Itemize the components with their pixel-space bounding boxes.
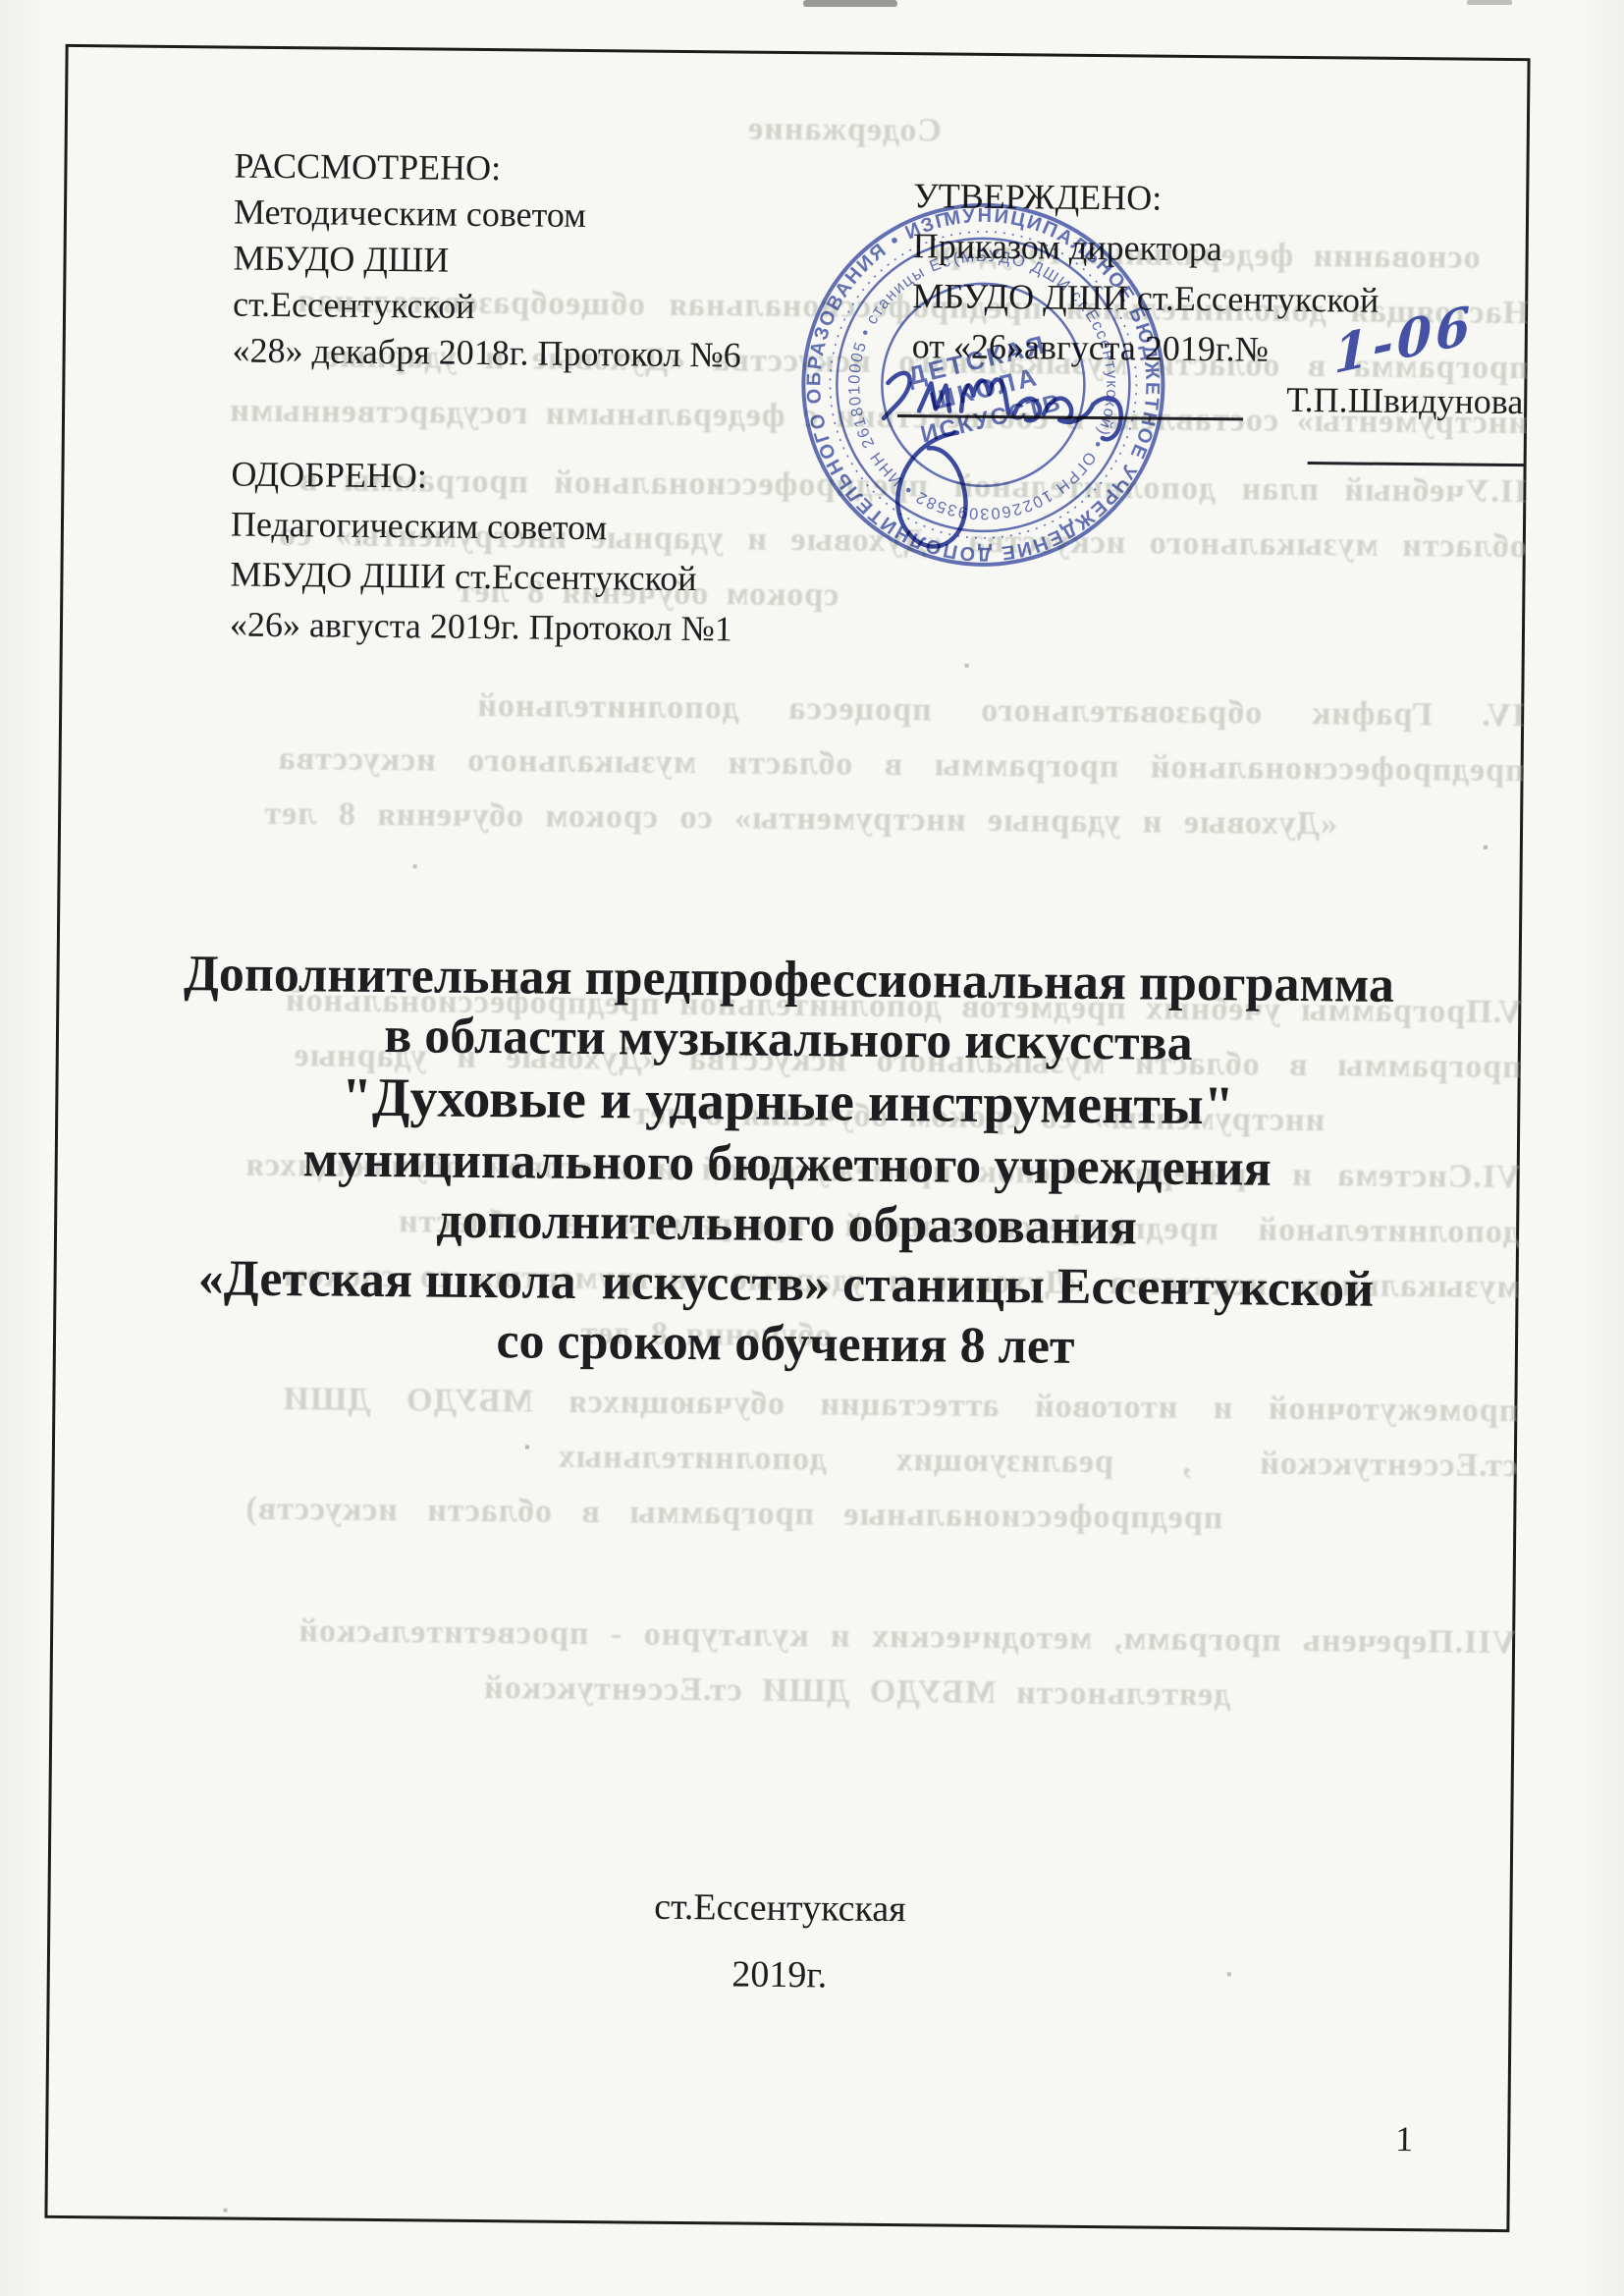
ghost-text-line: деятельности МБУДО ДШИ ст.Ессентукской xyxy=(248,1667,1230,1714)
text-line: «26» августа 2019г. Протокол №1 xyxy=(230,600,732,655)
text-line: ст.Ессентукской xyxy=(233,282,742,333)
ghost-text-line: предпрофессиональной программы в области… xyxy=(150,739,1525,790)
text-line: РАССМОТРЕНО: xyxy=(234,143,743,194)
ghost-text-line: ст.Ессентукской , реализующих дополнител… xyxy=(143,1435,1518,1485)
text-line: ОДОБРЕНО: xyxy=(231,450,733,505)
text-line: Педагогическим советом xyxy=(231,500,733,555)
text-line: МБУДО ДШИ ст.Ессентукской xyxy=(230,550,732,605)
text-line: МБУДО ДШИ xyxy=(233,236,742,287)
text-line: «28» декабря 2018г. Протокол №6 xyxy=(232,328,741,379)
ghost-text-line: VII.Перечень программ, методических и ку… xyxy=(141,1612,1516,1662)
page-number: 1 xyxy=(1395,2118,1413,2159)
ghost-text-line: «Духовые и ударные инструменты» со сроко… xyxy=(257,795,1337,843)
ghost-text-line: IV. График образовательного процесса доп… xyxy=(150,684,1525,735)
scanned-document-page: { "approval_blocks": { "reviewed": { "li… xyxy=(0,0,1624,2296)
approval-block-endorsed: ОДОБРЕНО: Педагогическим советом МБУДО Д… xyxy=(230,450,734,655)
document-title: Дополнительная предпрофессиональная прог… xyxy=(56,943,1519,1381)
text-line: Методическим советом xyxy=(234,190,743,241)
scanner-edge-smudge-2 xyxy=(1467,0,1512,5)
approval-block-reviewed: РАССМОТРЕНО: Методическим советом МБУДО … xyxy=(232,143,742,379)
director-signature xyxy=(864,312,1230,611)
ghost-text-line: Содержание xyxy=(529,108,942,148)
scanner-edge-smudge xyxy=(803,0,897,7)
ghost-text-line: промежуточной и итоговой аттестации обуч… xyxy=(143,1380,1518,1430)
director-name: Т.П.Швидунова xyxy=(1286,378,1523,423)
page-border-frame: Содержаниеосновании федеральных государс… xyxy=(44,44,1530,2232)
ghost-text-line: предпрофессиональные программы в области… xyxy=(142,1490,1222,1537)
